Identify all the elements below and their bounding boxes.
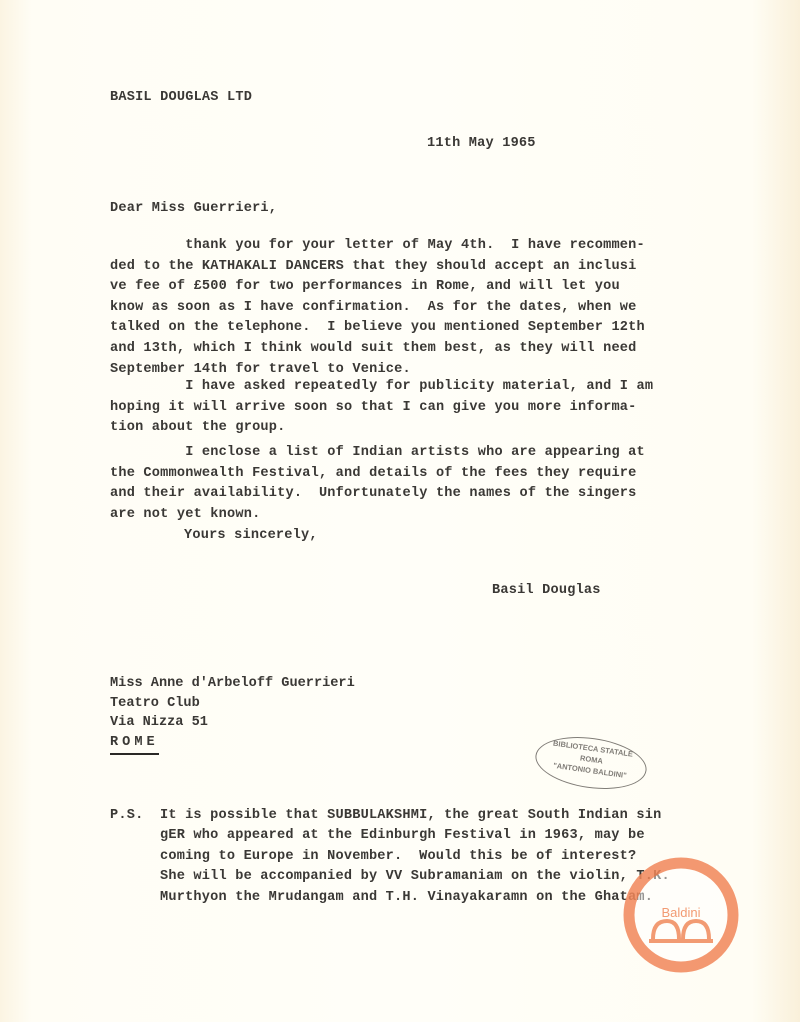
letterhead: BASIL DOUGLAS LTD (110, 88, 252, 108)
recipient-address: Miss Anne d'Arbeloff Guerrieri Teatro Cl… (110, 674, 355, 755)
baldini-watermark: Baldini (621, 855, 741, 975)
body-paragraph-3: I enclose a list of Indian artists who a… (110, 443, 645, 525)
watermark-label: Baldini (621, 905, 741, 920)
body-paragraph-2: I have asked repeatedly for publicity ma… (110, 377, 653, 439)
letter-date: 11th May 1965 (427, 134, 536, 154)
body-paragraph-1: thank you for your letter of May 4th. I … (110, 236, 645, 380)
recipient-city: ROME (110, 733, 159, 756)
postscript-text: It is possible that SUBBULAKSHMI, the gr… (160, 806, 670, 908)
library-stamp: BIBLIOTECA STATALE ROMA "ANTONIO BALDINI… (532, 730, 650, 795)
recipient-street: Via Nizza 51 (110, 713, 355, 733)
salutation: Dear Miss Guerrieri, (110, 199, 277, 219)
recipient-organization: Teatro Club (110, 694, 355, 714)
letter-page: BASIL DOUGLAS LTD 11th May 1965 Dear Mis… (0, 0, 800, 1022)
signature: Basil Douglas (492, 581, 601, 601)
closing: Yours sincerely, (184, 526, 318, 546)
recipient-name: Miss Anne d'Arbeloff Guerrieri (110, 674, 355, 694)
postscript-label: P.S. (110, 806, 143, 826)
